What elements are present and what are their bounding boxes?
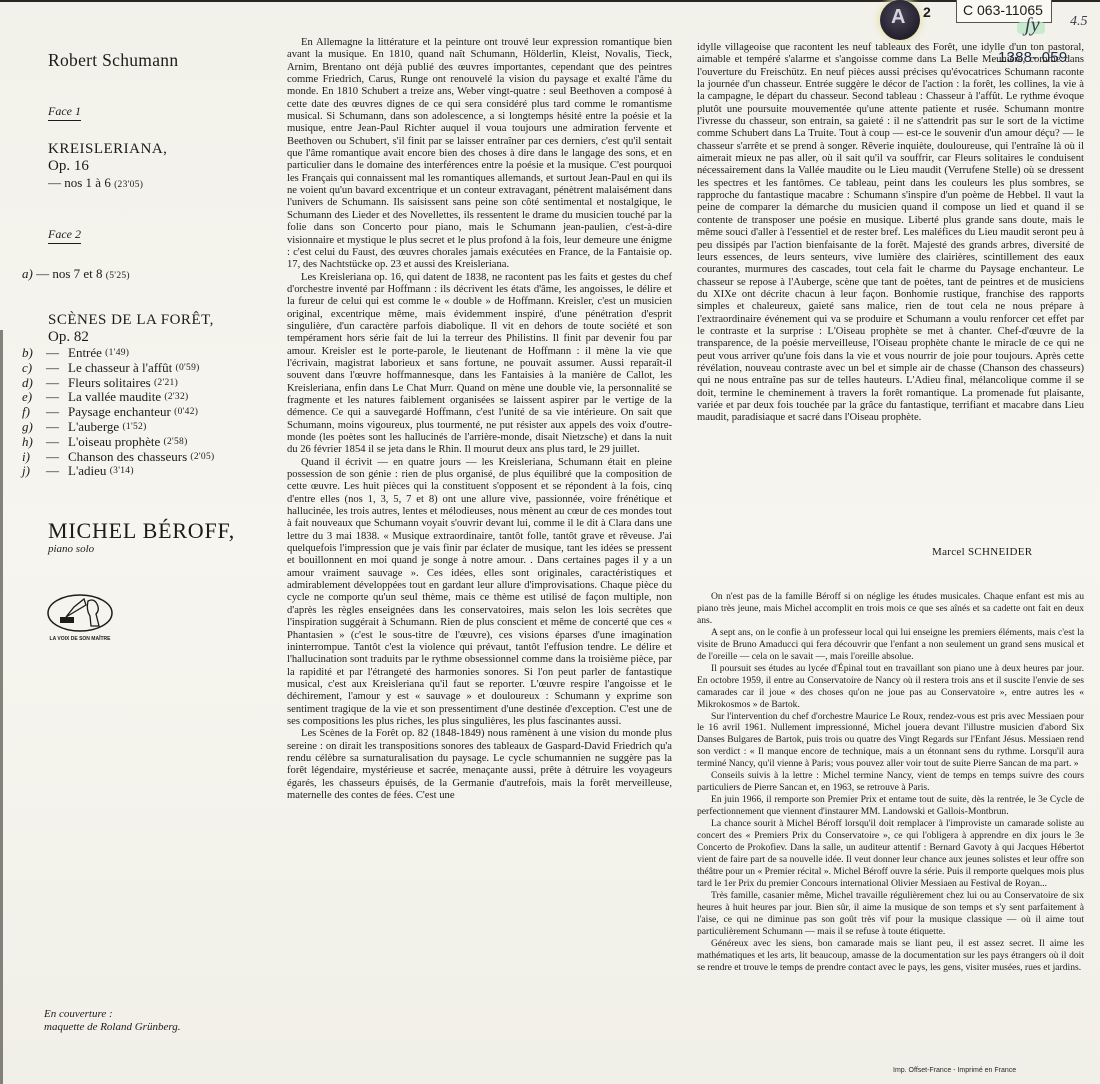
track-item: g)—L'auberge (1'52): [22, 420, 278, 435]
track-duration: (0'42): [174, 405, 198, 420]
cover-credit-designer: maquette de Roland Grünberg.: [44, 1021, 180, 1034]
side-badge-letter: A: [891, 6, 905, 29]
liner-notes-middle: En Allemagne la littérature et la peintu…: [287, 37, 672, 802]
top-edge-line: [0, 0, 1100, 2]
track-dash: —: [46, 405, 68, 420]
notes-paragraph: En Allemagne la littérature et la peintu…: [287, 37, 672, 272]
track-title: Entrée: [68, 346, 102, 361]
track-letter: h): [22, 435, 46, 450]
track-item: b)—Entrée (1'49): [22, 346, 278, 361]
performer-biography: On n'est pas de la famille Béroff si on …: [697, 591, 1084, 974]
track-letter: j): [22, 464, 46, 479]
face2-label: Face 2: [48, 227, 81, 244]
track-duration: (5'25): [106, 271, 130, 281]
track-title: La vallée maudite: [68, 390, 161, 405]
track-item: f)—Paysage enchanteur (0'42): [22, 405, 278, 420]
track-letter: a): [22, 266, 33, 281]
notes-author-signature: Marcel SCHNEIDER: [932, 546, 1032, 558]
biography-paragraph: Il poursuit ses études au lycée d'Épinal…: [697, 663, 1084, 711]
cover-credit: En couverture : maquette de Roland Grünb…: [44, 1008, 180, 1034]
handwritten-initials: ʃy: [1025, 14, 1040, 37]
track-letter: i): [22, 450, 46, 465]
side-badge-icon: A: [880, 0, 920, 40]
track-title: Le chasseur à l'affût: [68, 361, 172, 376]
svg-text:LA VOIX DE SON MAÎTRE: LA VOIX DE SON MAÎTRE: [50, 634, 112, 642]
track-dash: —: [46, 435, 68, 450]
his-masters-voice-logo-icon: LA VOIX DE SON MAÎTRE: [44, 593, 116, 645]
biography-paragraph: Très famille, casanier même, Michel trav…: [697, 890, 1084, 938]
track-duration: (2'21): [154, 376, 178, 391]
track-item: d)—Fleurs solitaires (2'21): [22, 376, 278, 391]
composer-name: Robert Schumann: [48, 50, 278, 71]
side-number: 2: [923, 4, 931, 20]
track-dash: —: [46, 390, 68, 405]
biography-paragraph: Généreux avec les siens, bon camarade ma…: [697, 938, 1084, 974]
track-title: Chanson des chasseurs: [68, 450, 187, 465]
track-letter: d): [22, 376, 46, 391]
biography-paragraph: La chance sourit à Michel Béroff lorsqu'…: [697, 818, 1084, 890]
track-dash: —: [46, 420, 68, 435]
track-item: c)—Le chasseur à l'affût (0'59): [22, 361, 278, 376]
face1-work-opus: Op. 16: [48, 158, 278, 175]
face2-work-opus: Op. 82: [48, 329, 278, 346]
liner-notes-right: idylle villageoise que racontent les neu…: [697, 42, 1084, 425]
track-list: b)—Entrée (1'49)c)—Le chasseur à l'affût…: [22, 346, 278, 479]
performer-role: piano solo: [48, 543, 278, 555]
track-title: L'adieu: [68, 464, 106, 479]
track-duration: (1'49): [105, 346, 129, 361]
biography-paragraph: On n'est pas de la famille Béroff si on …: [697, 591, 1084, 627]
track-title: — nos 7 et 8: [36, 266, 102, 281]
track-title: L'oiseau prophète: [68, 435, 160, 450]
track-duration: (2'58): [163, 435, 187, 450]
face1-duration: (23'05): [114, 180, 143, 190]
left-edge-shadow: [0, 330, 3, 1084]
biography-paragraph: Sur l'intervention du chef d'orchestre M…: [697, 711, 1084, 771]
track-letter: e): [22, 390, 46, 405]
printer-imprint: Imp. Offset-France - Imprimé en France: [893, 1067, 1016, 1074]
face1-track-range: — nos 1 à 6: [48, 175, 111, 190]
record-back-cover: A 2 C 063-11065 ʃy 4.5 1388- 059 Robert …: [0, 0, 1100, 1084]
face2-track-a: a) — nos 7 et 8 (5'25): [22, 266, 278, 282]
biography-paragraph: A sept ans, on le confie à un professeur…: [697, 627, 1084, 663]
track-duration: (3'14): [110, 464, 134, 479]
biography-paragraph: Conseils suivis à la lettre : Michel ter…: [697, 770, 1084, 794]
cover-credit-label: En couverture :: [44, 1008, 180, 1021]
track-item: i)—Chanson des chasseurs (2'05): [22, 450, 278, 465]
face1-label: Face 1: [48, 104, 81, 121]
track-duration: (1'52): [122, 420, 146, 435]
program-column: Robert Schumann Face 1 KREISLERIANA, Op.…: [48, 50, 278, 555]
performer-name: MICHEL BÉROFF,: [48, 519, 278, 543]
track-dash: —: [46, 346, 68, 361]
track-title: Paysage enchanteur: [68, 405, 171, 420]
notes-paragraph: Les Scènes de la Forêt op. 82 (1848-1849…: [287, 728, 672, 802]
face2-work-title: SCÈNES DE LA FORÊT,: [48, 312, 278, 329]
track-item: h)—L'oiseau prophète (2'58): [22, 435, 278, 450]
biography-paragraph: En juin 1966, il remporte son Premier Pr…: [697, 794, 1084, 818]
track-duration: (2'05): [190, 450, 214, 465]
track-item: e)—La vallée maudite (2'32): [22, 390, 278, 405]
track-letter: f): [22, 405, 46, 420]
track-dash: —: [46, 361, 68, 376]
face1-work-title: KREISLERIANA,: [48, 141, 278, 158]
track-dash: —: [46, 376, 68, 391]
track-title: Fleurs solitaires: [68, 376, 151, 391]
notes-paragraph: Les Kreisleriana op. 16, qui datent de 1…: [287, 272, 672, 457]
face1-tracks: — nos 1 à 6 (23'05): [48, 175, 278, 193]
notes-paragraph: Quand il écrivit — en quatre jours — les…: [287, 457, 672, 729]
track-letter: b): [22, 346, 46, 361]
track-duration: (0'59): [176, 361, 200, 376]
track-duration: (2'32): [164, 390, 188, 405]
track-letter: c): [22, 361, 46, 376]
track-dash: —: [46, 464, 68, 479]
notes-paragraph: idylle villageoise que racontent les neu…: [697, 42, 1084, 425]
track-item: j)—L'adieu (3'14): [22, 464, 278, 479]
track-letter: g): [22, 420, 46, 435]
handwritten-price: 4.5: [1070, 14, 1088, 30]
track-dash: —: [46, 450, 68, 465]
track-title: L'auberge: [68, 420, 119, 435]
